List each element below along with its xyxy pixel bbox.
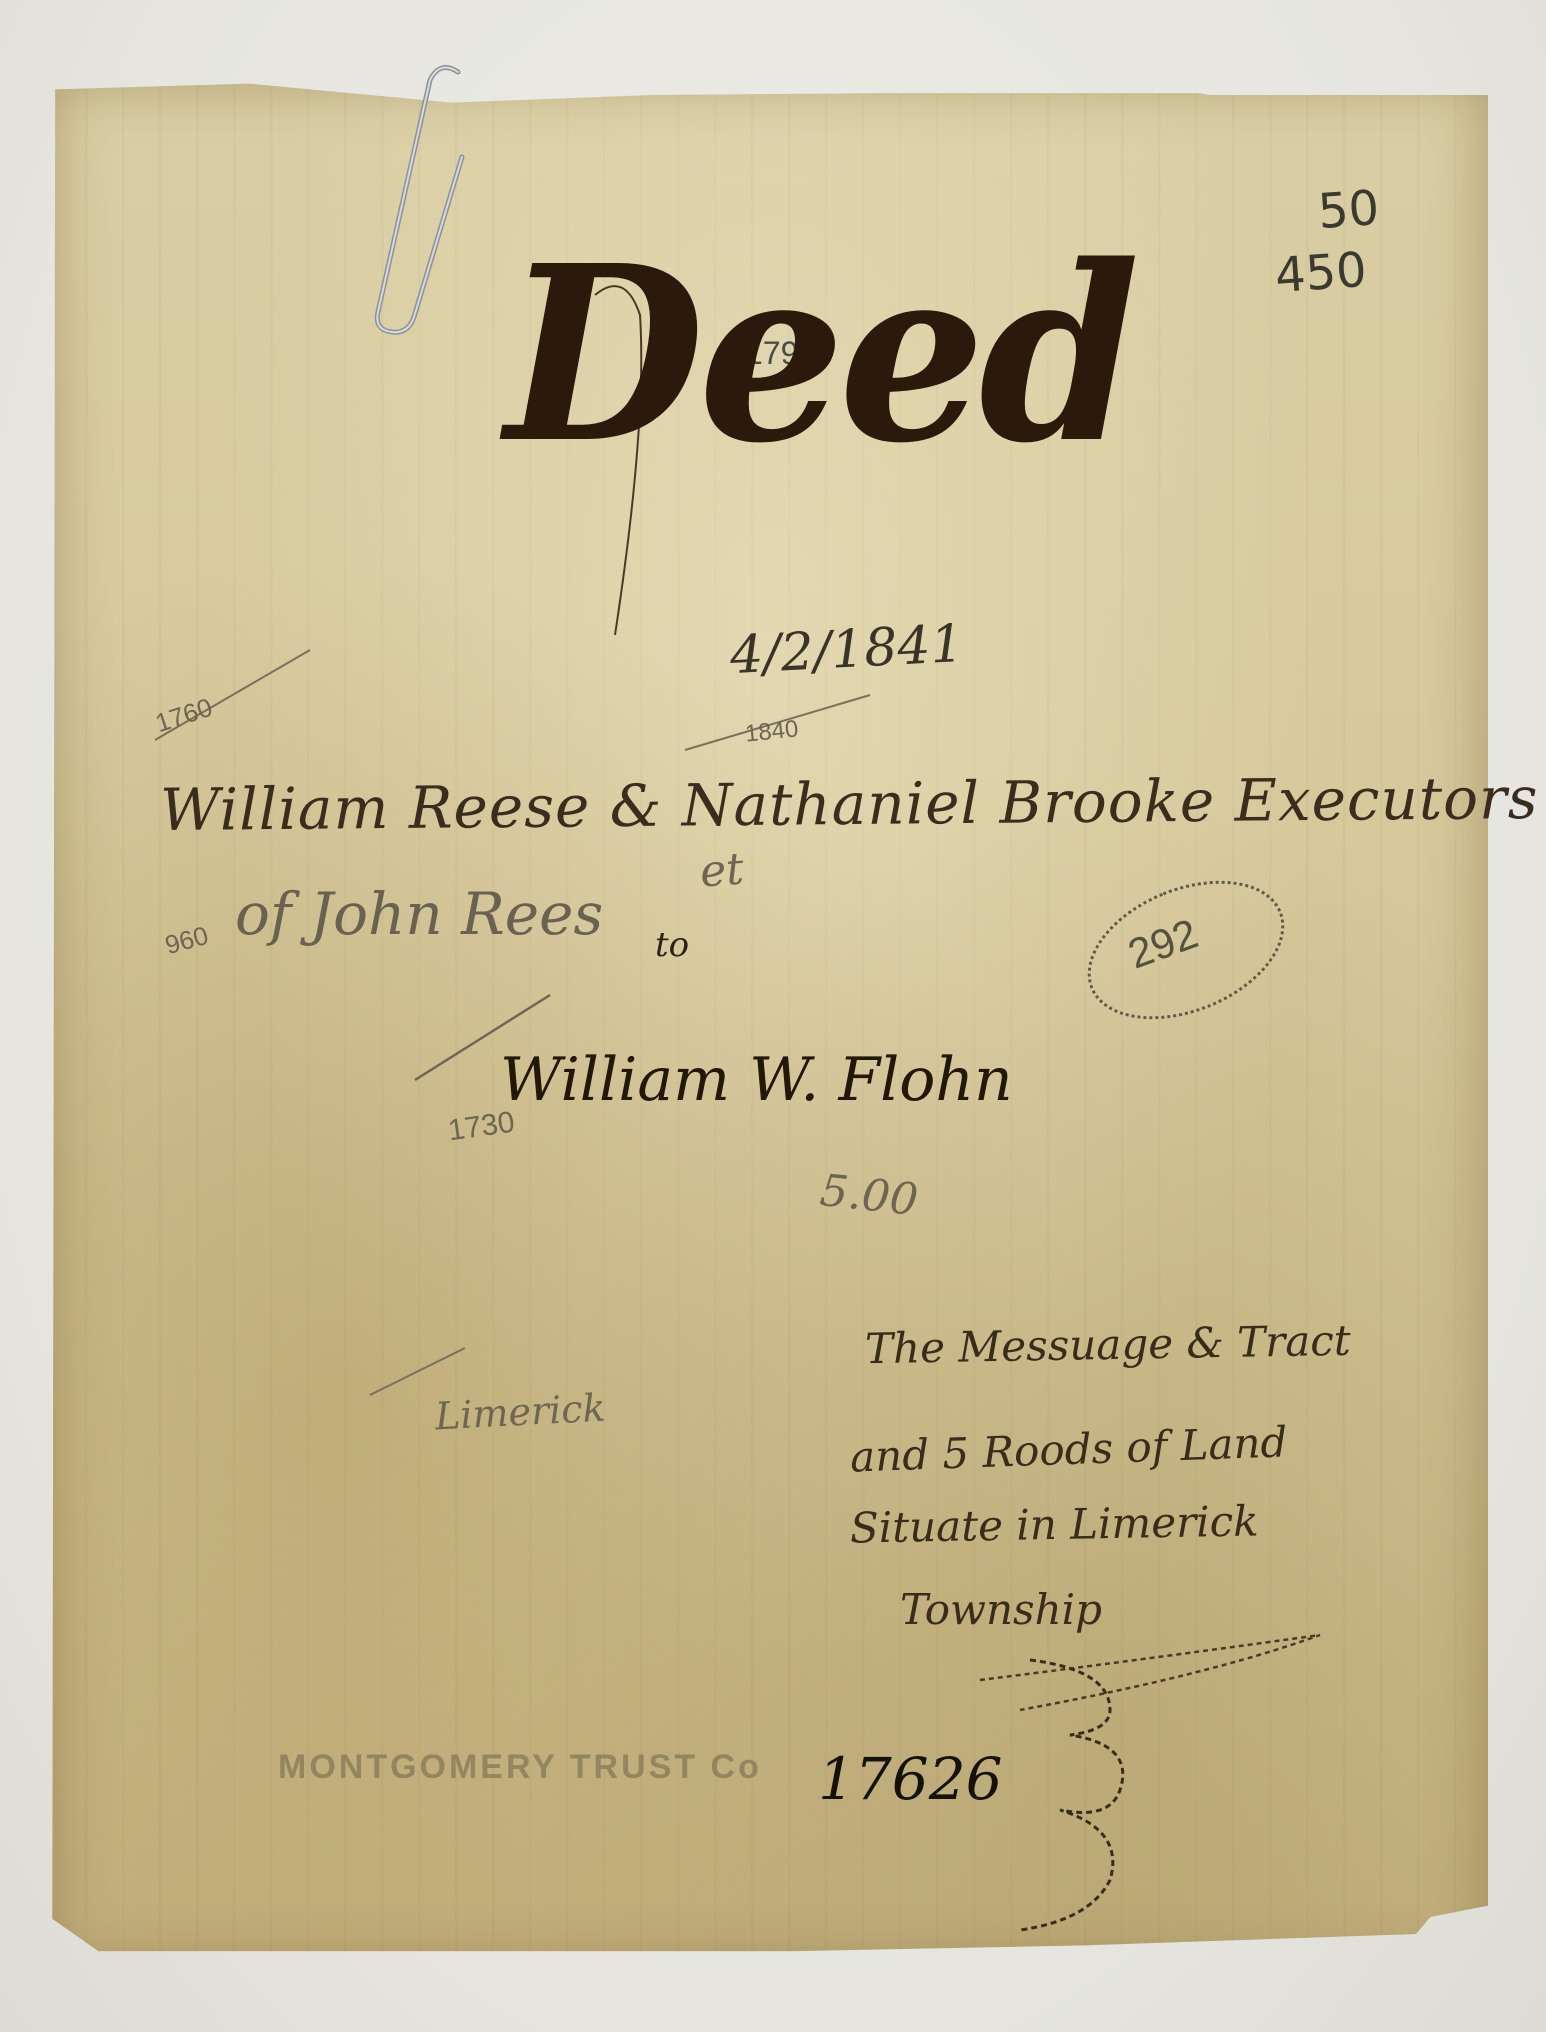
description-line-1: The Messuage & Tract: [865, 1316, 1351, 1373]
grantee-name: William W. Flohn: [500, 1045, 1013, 1115]
place-pencil-stroke: [365, 1340, 475, 1400]
catalog-number: 17626: [818, 1745, 1003, 1813]
document-date: 4/2/1841: [729, 614, 965, 686]
grantors-line-2: of John Rees: [235, 880, 603, 948]
pencil-date-note: 1840: [744, 715, 800, 748]
description-line-3: Situate in Limerick: [850, 1496, 1259, 1552]
pencil-et: et: [698, 844, 745, 898]
paperclip-icon: [370, 62, 480, 337]
pencil-amount: 5.00: [818, 1165, 921, 1226]
grantors-line: William Reese & Nathaniel Brooke Executo…: [160, 764, 1539, 844]
connector-to: to: [655, 925, 689, 965]
corner-number-bottom: 450: [1273, 242, 1368, 304]
document-title: Deed: [505, 234, 1134, 476]
pencil-place: Limerick: [434, 1386, 607, 1439]
ink-flourish: [960, 1620, 1380, 1940]
faded-stamp: MONTGOMERY TRUST Co: [278, 1748, 762, 1787]
corner-number-top: 50: [1316, 180, 1381, 240]
